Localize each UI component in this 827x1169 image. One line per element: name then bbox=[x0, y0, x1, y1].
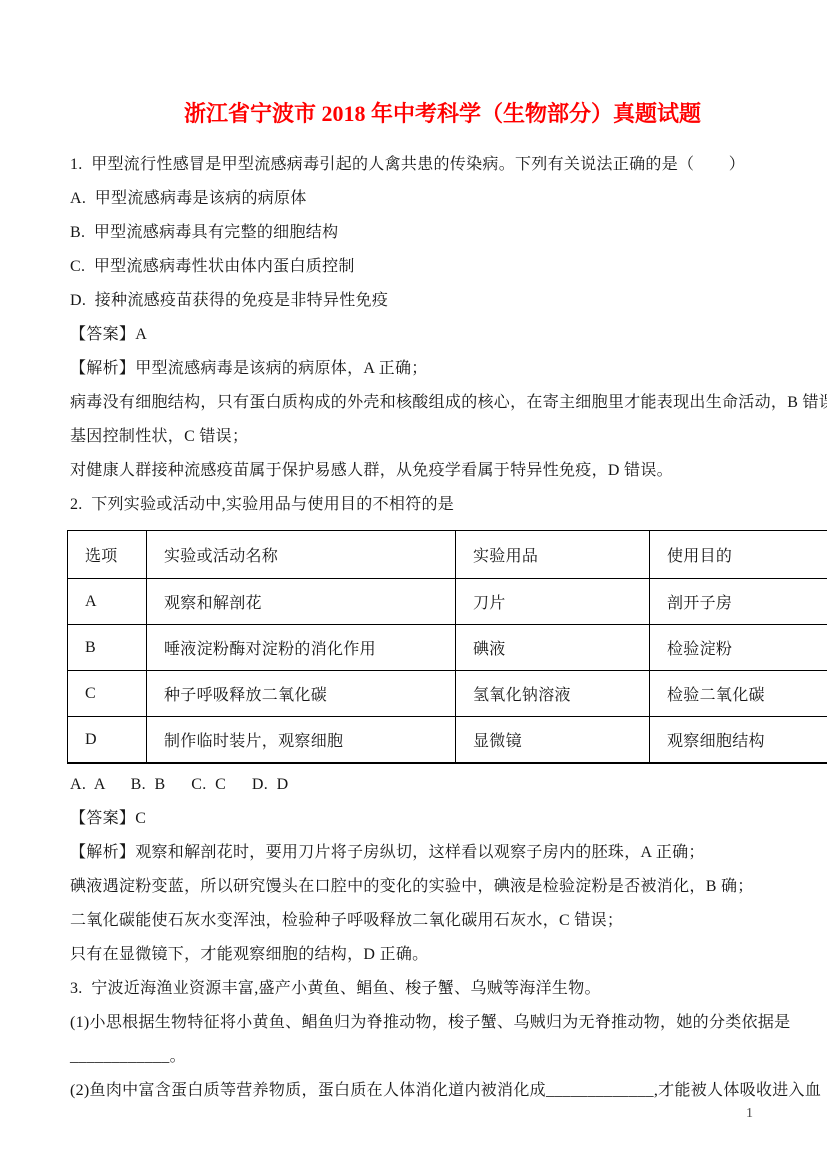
q2-table-cell: 观察细胞结构 bbox=[650, 717, 827, 764]
q2-table-cell: 观察和解剖花 bbox=[147, 579, 456, 625]
q2-table-row-a: A 观察和解剖花 刀片 剖开子房 bbox=[68, 579, 827, 625]
q2-table-cell: 检验淀粉 bbox=[650, 625, 827, 671]
document-page: 浙江省宁波市 2018 年中考科学（生物部分）真题试题 1. 甲型流行性感冒是甲… bbox=[0, 0, 827, 1169]
q2-table-cell: 刀片 bbox=[456, 579, 650, 625]
q2-table-header-cell: 实验用品 bbox=[456, 531, 650, 579]
q3-sub1-blank: ____________。 bbox=[70, 1040, 815, 1074]
q2-answer: 【答案】C bbox=[70, 802, 815, 836]
q2-analysis-line: 只有在显微镜下，才能观察细胞的结构，D 正确。 bbox=[70, 938, 815, 972]
q2-table-row-c: C 种子呼吸释放二氧化碳 氢氧化钠溶液 检验二氧化碳 bbox=[68, 671, 827, 717]
q2-table-header-cell: 实验或活动名称 bbox=[147, 531, 456, 579]
q1-option-d: D. 接种流感疫苗获得的免疫是非特异性免疫 bbox=[70, 284, 815, 318]
q1-answer: 【答案】A bbox=[70, 318, 815, 352]
q1-analysis-line: 对健康人群接种流感疫苗属于保护易感人群，从免疫学看属于特异性免疫，D 错误。 bbox=[70, 454, 815, 488]
q2-table-cell: 剖开子房 bbox=[650, 579, 827, 625]
q1-analysis-line: 病毒没有细胞结构，只有蛋白质构成的外壳和核酸组成的核心，在寄主细胞里才能表现出生… bbox=[70, 386, 815, 420]
q2-table: 选项 实验或活动名称 实验用品 使用目的 A 观察和解剖花 刀片 剖开子房 B … bbox=[67, 530, 827, 764]
q1-stem: 1. 甲型流行性感冒是甲型流感病毒引起的人禽共患的传染病。下列有关说法正确的是（… bbox=[70, 148, 815, 182]
q2-analysis-line: 【解析】观察和解剖花时，要用刀片将子房纵切，这样看以观察子房内的胚珠，A 正确； bbox=[70, 836, 815, 870]
q2-table-cell: D bbox=[68, 717, 147, 764]
document-title: 浙江省宁波市 2018 年中考科学（生物部分）真题试题 bbox=[70, 96, 815, 132]
q2-table-cell: A bbox=[68, 579, 147, 625]
q2-table-cell: 唾液淀粉酶对淀粉的消化作用 bbox=[147, 625, 456, 671]
q2-table-cell: 种子呼吸释放二氧化碳 bbox=[147, 671, 456, 717]
q1-option-a: A. 甲型流感病毒是该病的病原体 bbox=[70, 182, 815, 216]
page-number: 1 bbox=[746, 1104, 753, 1124]
q2-table-cell: 显微镜 bbox=[456, 717, 650, 764]
document-content: 浙江省宁波市 2018 年中考科学（生物部分）真题试题 1. 甲型流行性感冒是甲… bbox=[70, 0, 815, 1108]
q3-sub2-line: (2)鱼肉中富含蛋白质等营养物质，蛋白质在人体消化道内被消化成_________… bbox=[70, 1074, 815, 1108]
q1-option-c: C. 甲型流感病毒性状由体内蛋白质控制 bbox=[70, 250, 815, 284]
q2-table-row-b: B 唾液淀粉酶对淀粉的消化作用 碘液 检验淀粉 bbox=[68, 625, 827, 671]
q2-table-cell: 制作临时装片，观察细胞 bbox=[147, 717, 456, 764]
q2-table-cell: 碘液 bbox=[456, 625, 650, 671]
q2-table-cell: B bbox=[68, 625, 147, 671]
q2-table-cell: 氢氧化钠溶液 bbox=[456, 671, 650, 717]
q2-table-header-cell: 使用目的 bbox=[650, 531, 827, 579]
q1-analysis-line: 【解析】甲型流感病毒是该病的病原体，A 正确； bbox=[70, 352, 815, 386]
q2-table-header-cell: 选项 bbox=[68, 531, 147, 579]
q3-sub1-line: (1)小思根据生物特征将小黄鱼、鲳鱼归为脊推动物，梭子蟹、乌贼归为无脊推动物，她… bbox=[70, 1006, 815, 1040]
q3-stem: 3. 宁波近海渔业资源丰富,盛产小黄鱼、鲳鱼、梭子蟹、乌贼等海洋生物。 bbox=[70, 972, 815, 1006]
q1-analysis-line: 基因控制性状，C 错误； bbox=[70, 420, 815, 454]
q2-analysis-line: 二氧化碳能使石灰水变浑浊，检验种子呼吸释放二氧化碳用石灰水，C 错误； bbox=[70, 904, 815, 938]
q2-table-cell: 检验二氧化碳 bbox=[650, 671, 827, 717]
q2-table-cell: C bbox=[68, 671, 147, 717]
q1-option-b: B. 甲型流感病毒具有完整的细胞结构 bbox=[70, 216, 815, 250]
q2-choices: A. A B. B C. C D. D bbox=[70, 768, 815, 802]
q2-table-header-row: 选项 实验或活动名称 实验用品 使用目的 bbox=[68, 531, 827, 579]
q2-table-row-d: D 制作临时装片，观察细胞 显微镜 观察细胞结构 bbox=[68, 717, 827, 764]
q2-analysis-line: 碘液遇淀粉变蓝，所以研究馒头在口腔中的变化的实验中，碘液是检验淀粉是否被消化，B… bbox=[70, 870, 815, 904]
q2-stem: 2. 下列实验或活动中,实验用品与使用目的不相符的是 bbox=[70, 488, 815, 522]
